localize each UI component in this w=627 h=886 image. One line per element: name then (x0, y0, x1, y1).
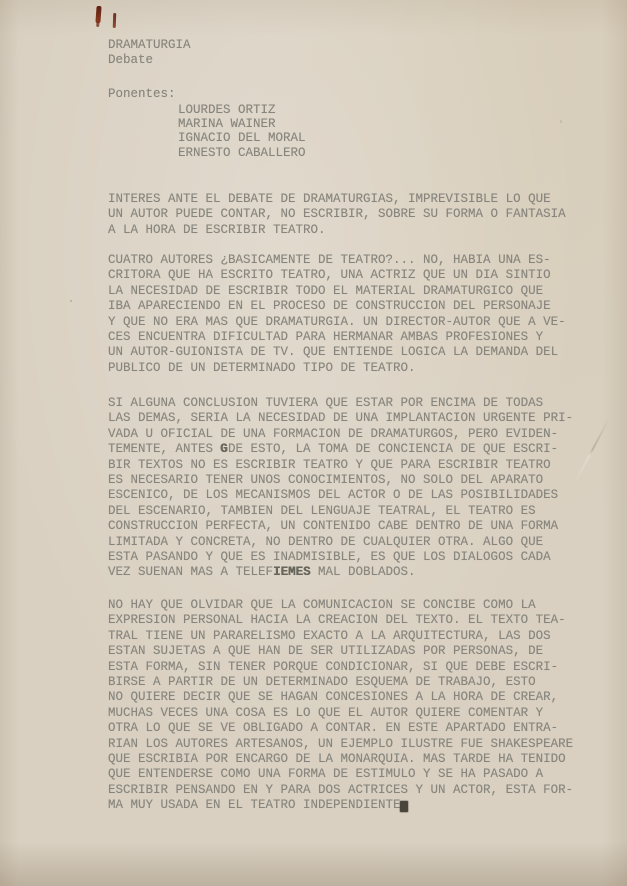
text-line: ESTA PASANDO Y QUE ES INADMISIBLE, ES QU… (108, 550, 573, 565)
text-line: SI ALGUNA CONCLUSION TUVIERA QUE ESTAR P… (108, 396, 573, 411)
text-line: MARINA WAINER (178, 117, 306, 131)
text-line: UN AUTOR PUEDE CONTAR, NO ESCRIBIR, SOBR… (108, 207, 566, 222)
text-line: ERNESTO CABALLERO (178, 146, 306, 160)
text-line: QUE ESCRIBIA POR ENCARGO DE LA MONARQUIA… (108, 752, 573, 767)
text-line: TRAL TIENE UN PARARELISMO EXACTO A LA AR… (108, 629, 573, 644)
doc-subtitle: Debate (108, 53, 191, 68)
text-line: ESCRIBIR PENSANDO EN Y PARA DOS ACTRICES… (108, 783, 573, 798)
text-line: LIMITADA Y CONCRETA, NO DENTRO DE CUALQU… (108, 535, 573, 550)
document-header: DRAMATURGIA Debate (108, 38, 191, 69)
text-line: VADA U OFICIAL DE UNA FORMACION DE DRAMA… (108, 427, 573, 442)
text-line: NO QUIERE DECIR QUE SE HAGAN CONCESIONES… (108, 690, 573, 705)
text-line: VEZ SUENAN MAS A TELEFIEMES MAL DOBLADOS… (108, 565, 573, 580)
text-line: LA NECESIDAD DE ESCRIBIR TODO EL MATERIA… (108, 284, 566, 299)
doc-title: DRAMATURGIA (108, 38, 191, 53)
ink-blot-final-character (400, 801, 408, 812)
text-line: ESCENICO, DE LOS MECANISMOS DEL ACTOR O … (108, 488, 573, 503)
paragraph-3: SI ALGUNA CONCLUSION TUVIERA QUE ESTAR P… (108, 396, 573, 581)
speakers-label: Ponentes: (108, 87, 176, 102)
text-line: UN AUTOR-GUIONISTA DE TV. QUE ENTIENDE L… (108, 345, 566, 360)
text-line: MUCHAS VECES UNA COSA ES LO QUE EL AUTOR… (108, 706, 573, 721)
text-line: IBA APARECIENDO EN EL PROCESO DE CONSTRU… (108, 299, 566, 314)
text-line: ESTA FORMA, SIN TENER PORQUE CONDICIONAR… (108, 660, 573, 675)
text-line: BIRSE A PARTIR DE UN DETERMINADO ESQUEMA… (108, 675, 573, 690)
text-line: PUBLICO DE UN DETERMINADO TIPO DE TEATRO… (108, 361, 566, 376)
text-line: CRITORA QUE HA ESCRITO TEATRO, UNA ACTRI… (108, 268, 566, 283)
speakers-list: LOURDES ORTIZMARINA WAINERIGNACIO DEL MO… (178, 103, 306, 160)
paper-speck (70, 300, 72, 302)
text-line: RIAN LOS AUTORES ARTESANOS, UN EJEMPLO I… (108, 737, 573, 752)
overstruck-character: G (220, 442, 228, 457)
text-line: LOURDES ORTIZ (178, 103, 306, 117)
text-line: DEL ESCENARIO, TAMBIEN DEL LENGUAJE TEAT… (108, 504, 573, 519)
red-ink-mark (95, 6, 101, 23)
text-line: CUATRO AUTORES ¿BASICAMENTE DE TEATRO?..… (108, 253, 566, 268)
text-line: A LA HORA DE ESCRIBIR TEATRO. (108, 223, 566, 238)
text-line: OTRA LO QUE SE VE OBLIGADO A CONTAR. EN … (108, 721, 573, 736)
paper-crease (573, 419, 610, 486)
text-line: EXPRESION PERSONAL HACIA LA CREACION DEL… (108, 613, 573, 628)
text-line: CES ENCUENTRA DIFICULTAD PARA HERMANAR A… (108, 330, 566, 345)
text-line: ESTAN SUJETAS A QUE HAN DE SER UTILIZADA… (108, 644, 573, 659)
paragraph-4: NO HAY QUE OLVIDAR QUE LA COMUNICACION S… (108, 598, 573, 813)
text-line: LAS DEMAS, SERIA LA NECESIDAD DE UNA IMP… (108, 411, 573, 426)
paper-speck (560, 120, 562, 123)
typewritten-page: DRAMATURGIA Debate Ponentes: LOURDES ORT… (0, 0, 627, 886)
text-line: IGNACIO DEL MORAL (178, 131, 306, 145)
paragraph-2: CUATRO AUTORES ¿BASICAMENTE DE TEATRO?..… (108, 253, 566, 376)
text-line: BIR TEXTOS NO ES ESCRIBIR TEATRO Y QUE P… (108, 458, 573, 473)
red-ink-mark (113, 13, 117, 28)
text-line: MA MUY USADA EN EL TEATRO INDEPENDIENTE (108, 798, 573, 813)
text-line: INTERES ANTE EL DEBATE DE DRAMATURGIAS, … (108, 192, 566, 207)
text-line: NO HAY QUE OLVIDAR QUE LA COMUNICACION S… (108, 598, 573, 613)
text-line: ES NECESARIO TENER UNOS CONOCIMIENTOS, N… (108, 473, 573, 488)
text-line: QUE ENTENDERSE COMO UNA FORMA DE ESTIMUL… (108, 767, 573, 782)
paragraph-1: INTERES ANTE EL DEBATE DE DRAMATURGIAS, … (108, 192, 566, 238)
overstruck-characters: IEMES (273, 565, 311, 580)
text-line: Y QUE NO ERA MAS QUE DRAMATURGIA. UN DIR… (108, 315, 566, 330)
text-line: TEMENTE, ANTES GDE ESTO, LA TOMA DE CONC… (108, 442, 573, 457)
text-line: CONSTRUCCION PERFECTA, UN CONTENIDO CABE… (108, 519, 573, 534)
